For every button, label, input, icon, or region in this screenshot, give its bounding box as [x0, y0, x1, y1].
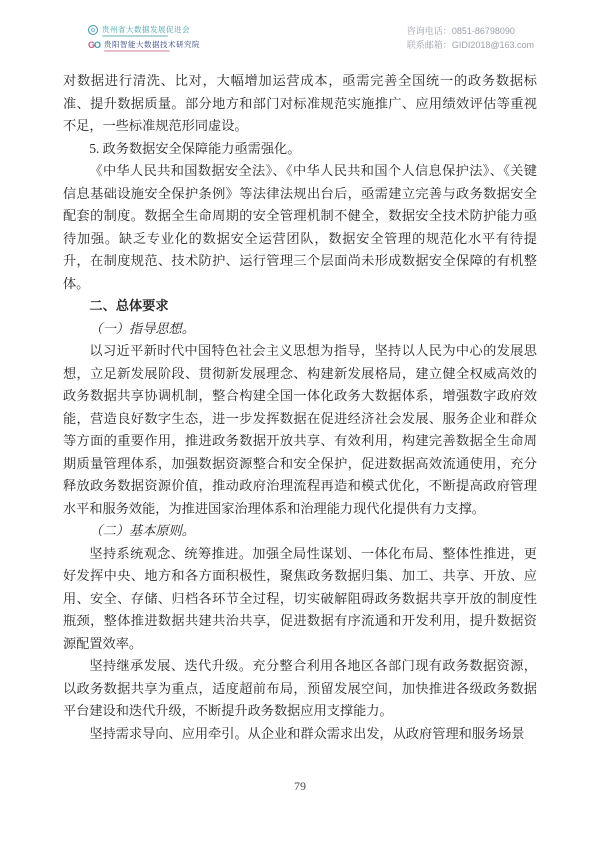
association-logo-subtext-line: [102, 35, 168, 37]
contact-email-label: 联系邮箱：: [407, 40, 452, 50]
association-logo-icon: [88, 25, 98, 35]
paragraph: 坚持继承发展、迭代升级。充分整合利用各地区各部门现有政务数据资源，以政务数据共享…: [63, 655, 537, 723]
institute-logo-subtext-line: [104, 50, 170, 52]
paragraph: 对数据进行清洗、比对，大幅增加运营成本，亟需完善全国统一的政务数据标准、提升数据…: [63, 70, 537, 138]
association-logo: 贵州省大数据发展促进会: [88, 26, 200, 37]
contact-info: 咨询电话：0851-86798090 联系邮箱：GIDI2018@163.com: [407, 24, 534, 52]
contact-email: 联系邮箱：GIDI2018@163.com: [407, 38, 534, 52]
contact-phone-label: 咨询电话：: [407, 26, 452, 36]
paragraph: 以习近平新时代中国特色社会主义思想为指导，坚持以人民为中心的发展思想，立足新发展…: [63, 340, 537, 520]
sub-heading: （一）指导思想。: [63, 318, 537, 341]
page-header: 贵州省大数据发展促进会 GO 贵阳智能大数据技术研究院 咨询电话：0851-86…: [88, 24, 534, 64]
document-page: 贵州省大数据发展促进会 GO 贵阳智能大数据技术研究院 咨询电话：0851-86…: [0, 0, 600, 848]
contact-phone-value: 0851-86798090: [452, 26, 515, 36]
section-heading: 二、总体要求: [63, 295, 537, 318]
paragraph: 《中华人民共和国数据安全法》、《中华人民共和国个人信息保护法》、《关键信息基础设…: [63, 160, 537, 295]
sub-heading: （二）基本原则。: [63, 520, 537, 543]
institute-logo-icon: GO: [88, 40, 100, 50]
paragraph: 坚持需求导向、应用牵引。从企业和群众需求出发，从政府管理和服务场景: [63, 723, 537, 746]
institute-logo: GO 贵阳智能大数据技术研究院: [88, 41, 200, 52]
contact-email-value: GIDI2018@163.com: [452, 40, 534, 50]
paragraph: 坚持系统观念、统筹推进。加强全局性谋划、一体化布局、整体性推进，更好发挥中央、地…: [63, 543, 537, 656]
page-number: 79: [0, 779, 600, 794]
contact-phone: 咨询电话：0851-86798090: [407, 24, 534, 38]
association-logo-label: 贵州省大数据发展促进会: [102, 26, 190, 34]
logo-block: 贵州省大数据发展促进会 GO 贵阳智能大数据技术研究院: [88, 26, 200, 52]
institute-logo-label: 贵阳智能大数据技术研究院: [104, 41, 200, 49]
paragraph: 5. 政务数据安全保障能力亟需强化。: [63, 138, 537, 161]
document-body: 对数据进行清洗、比对，大幅增加运营成本，亟需完善全国统一的政务数据标准、提升数据…: [63, 70, 537, 745]
